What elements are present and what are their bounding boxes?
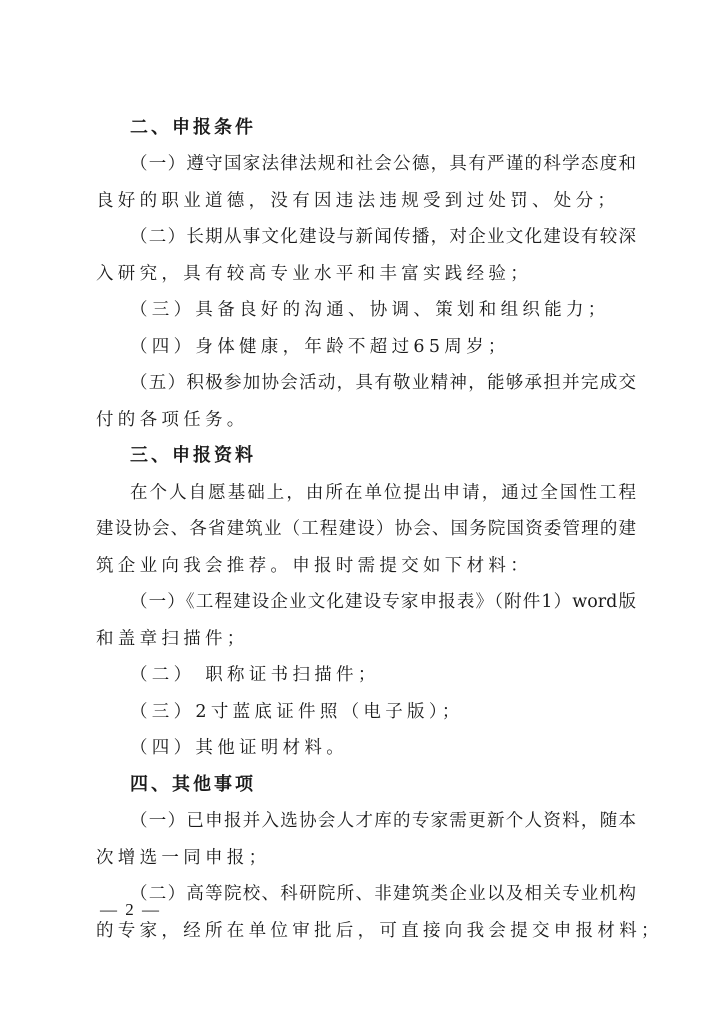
page-number: — 2 — [100,900,161,920]
paragraph-line: 付的各项任务。 [96,401,636,439]
paragraph-line: 筑企业向我会推荐。申报时需提交如下材料： [96,547,636,585]
paragraph-line: （一）《工程建设企业文化建设专家申报表》（附件1）word版 [130,583,636,621]
paragraph-line: （四）身体健康，年龄不超过65周岁； [130,328,636,366]
paragraph-line: 的专家，经所在单位审批后，可直接向我会提交申报材料； [96,912,636,950]
paragraph-line: （一）已申报并入选协会人才库的专家需更新个人资料，随本 [130,802,636,840]
section-heading: 四、其他事项 [130,766,636,804]
paragraph-line: （二） 职称证书扫描件； [130,656,636,694]
paragraph-line: （四）其他证明材料。 [130,729,636,767]
paragraph-line: 和盖章扫描件； [96,620,636,658]
paragraph-line: 良好的职业道德，没有因违法违规受到过处罚、处分； [96,182,636,220]
paragraph-line: （二）长期从事文化建设与新闻传播，对企业文化建设有较深 [130,218,636,256]
paragraph-line: （一）遵守国家法律法规和社会公德，具有严谨的科学态度和 [130,145,636,183]
paragraph-line: 次增选一同申报； [96,839,636,877]
paragraph-line: 在个人自愿基础上，由所在单位提出申请，通过全国性工程 [130,474,636,512]
paragraph-line: 入研究，具有较高专业水平和丰富实践经验； [96,255,636,293]
paragraph-line: （五）积极参加协会活动，具有敬业精神，能够承担并完成交 [130,364,636,402]
section-heading: 三、申报资料 [130,437,636,475]
section-heading: 二、申报条件 [130,109,636,147]
paragraph-line: （二）高等院校、科研院所、非建筑类企业以及相关专业机构 [130,875,636,913]
paragraph-line: （三）具备良好的沟通、协调、策划和组织能力； [130,291,636,329]
paragraph-line: （三）2寸蓝底证件照（电子版）； [130,693,636,731]
paragraph-line: 建设协会、各省建筑业（工程建设）协会、国务院国资委管理的建 [96,510,636,548]
